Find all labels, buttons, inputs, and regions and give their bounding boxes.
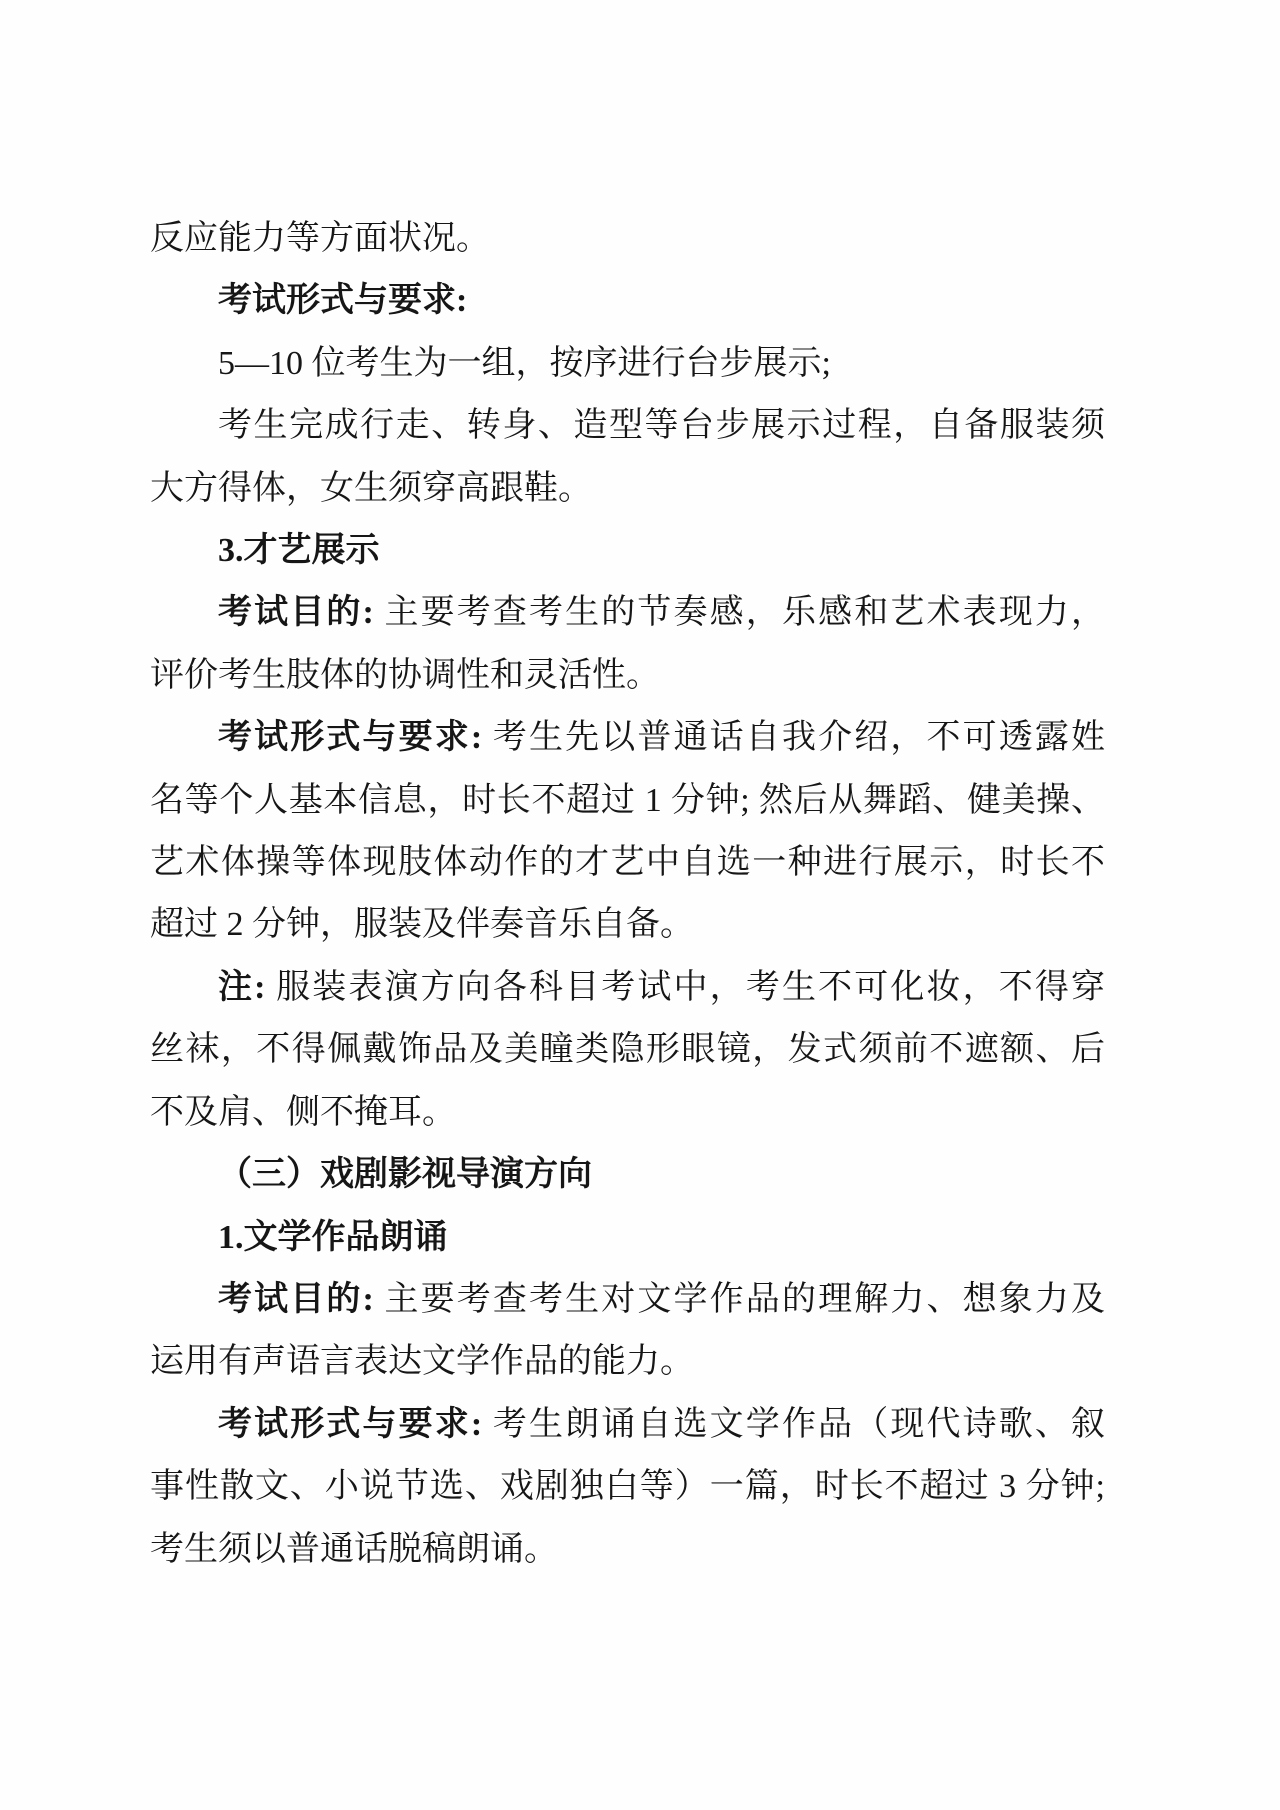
label-exam-format: 考试形式与要求: (218, 719, 482, 756)
text-line-recitation-format-end: 考生须以普通话脱稿朗诵。 (150, 1519, 1105, 1581)
heading-text: 1.文学作品朗诵 (218, 1219, 448, 1256)
body-text: 名等个人基本信息，时长不超过 1 分钟; 然后从舞蹈、健美操、 (150, 782, 1105, 819)
body-text: 主要考查考生对文学作品的理解力、想象力及 (374, 1281, 1105, 1318)
heading-text: （三）戏剧影视导演方向 (218, 1156, 592, 1193)
body-text: 超过 2 分钟，服装及伴奏音乐自备。 (150, 906, 694, 943)
body-text: 运用有声语言表达文学作品的能力。 (150, 1343, 694, 1380)
heading-talent-show: 3.才艺展示 (150, 520, 1105, 582)
body-text: 服装表演方向各科目考试中，考生不可化妆，不得穿 (265, 969, 1105, 1006)
document-body: 反应能力等方面状况。 考试形式与要求: 5—10 位考生为一组，按序进行台步展示… (150, 208, 1105, 1581)
text-line-group-size: 5—10 位考生为一组，按序进行台步展示; (150, 333, 1105, 395)
label-exam-purpose: 考试目的: (218, 1281, 374, 1318)
text-line-note: 注: 服装表演方向各科目考试中，考生不可化妆，不得穿 (150, 957, 1105, 1019)
text-line-talent-format-2: 名等个人基本信息，时长不超过 1 分钟; 然后从舞蹈、健美操、 (150, 770, 1105, 832)
text-line-talent-format-3: 艺术体操等体现肢体动作的才艺中自选一种进行展示，时长不 (150, 832, 1105, 894)
text-line-catwalk-end: 大方得体，女生须穿高跟鞋。 (150, 458, 1105, 520)
text-line-talent-format-end: 超过 2 分钟，服装及伴奏音乐自备。 (150, 894, 1105, 956)
heading-text: 考试形式与要求: (218, 282, 467, 319)
text-line-talent-purpose: 考试目的: 主要考查考生的节奏感，乐感和艺术表现力， (150, 582, 1105, 644)
body-text: 艺术体操等体现肢体动作的才艺中自选一种进行展示，时长不 (150, 844, 1105, 881)
body-text: 评价考生肢体的协调性和灵活性。 (150, 657, 660, 694)
label-exam-purpose: 考试目的: (218, 594, 374, 631)
label-exam-format: 考试形式与要求: (218, 1406, 482, 1443)
text-line-catwalk: 考生完成行走、转身、造型等台步展示过程，自备服装须 (150, 395, 1105, 457)
text-line-recitation-format: 考试形式与要求: 考生朗诵自选文学作品（现代诗歌、叙 (150, 1394, 1105, 1456)
text-line-talent-purpose-end: 评价考生肢体的协调性和灵活性。 (150, 645, 1105, 707)
body-text: 反应能力等方面状况。 (150, 220, 490, 257)
body-text: 事性散文、小说节选、戏剧独白等）一篇，时长不超过 3 分钟; (150, 1468, 1105, 1505)
body-text: 丝袜，不得佩戴饰品及美瞳类隐形眼镜，发式须前不遮额、后 (150, 1031, 1105, 1068)
text-line-continuation: 反应能力等方面状况。 (150, 208, 1105, 270)
body-text: 考生先以普通话自我介绍，不可透露姓 (482, 719, 1105, 756)
text-line-recitation-purpose: 考试目的: 主要考查考生对文学作品的理解力、想象力及 (150, 1269, 1105, 1331)
heading-text: 3.才艺展示 (218, 532, 380, 569)
section-heading-drama-film-directing: （三）戏剧影视导演方向 (150, 1144, 1105, 1206)
body-text: 5—10 位考生为一组，按序进行台步展示; (218, 345, 831, 382)
body-text: 主要考查考生的节奏感，乐感和艺术表现力， (374, 594, 1105, 631)
text-line-recitation-purpose-end: 运用有声语言表达文学作品的能力。 (150, 1331, 1105, 1393)
text-line-talent-format: 考试形式与要求: 考生先以普通话自我介绍，不可透露姓 (150, 707, 1105, 769)
body-text: 大方得体，女生须穿高跟鞋。 (150, 470, 592, 507)
heading-exam-format-requirements: 考试形式与要求: (150, 270, 1105, 332)
document-page: 反应能力等方面状况。 考试形式与要求: 5—10 位考生为一组，按序进行台步展示… (0, 0, 1280, 1810)
body-text: 考生朗诵自选文学作品（现代诗歌、叙 (482, 1406, 1105, 1443)
body-text: 考生须以普通话脱稿朗诵。 (150, 1531, 558, 1568)
text-line-recitation-format-2: 事性散文、小说节选、戏剧独白等）一篇，时长不超过 3 分钟; (150, 1456, 1105, 1518)
text-line-note-2: 丝袜，不得佩戴饰品及美瞳类隐形眼镜，发式须前不遮额、后 (150, 1019, 1105, 1081)
text-line-note-end: 不及肩、侧不掩耳。 (150, 1082, 1105, 1144)
label-note: 注: (218, 969, 265, 1006)
heading-literary-recitation: 1.文学作品朗诵 (150, 1207, 1105, 1269)
body-text: 考生完成行走、转身、造型等台步展示过程，自备服装须 (218, 407, 1105, 444)
body-text: 不及肩、侧不掩耳。 (150, 1094, 456, 1131)
